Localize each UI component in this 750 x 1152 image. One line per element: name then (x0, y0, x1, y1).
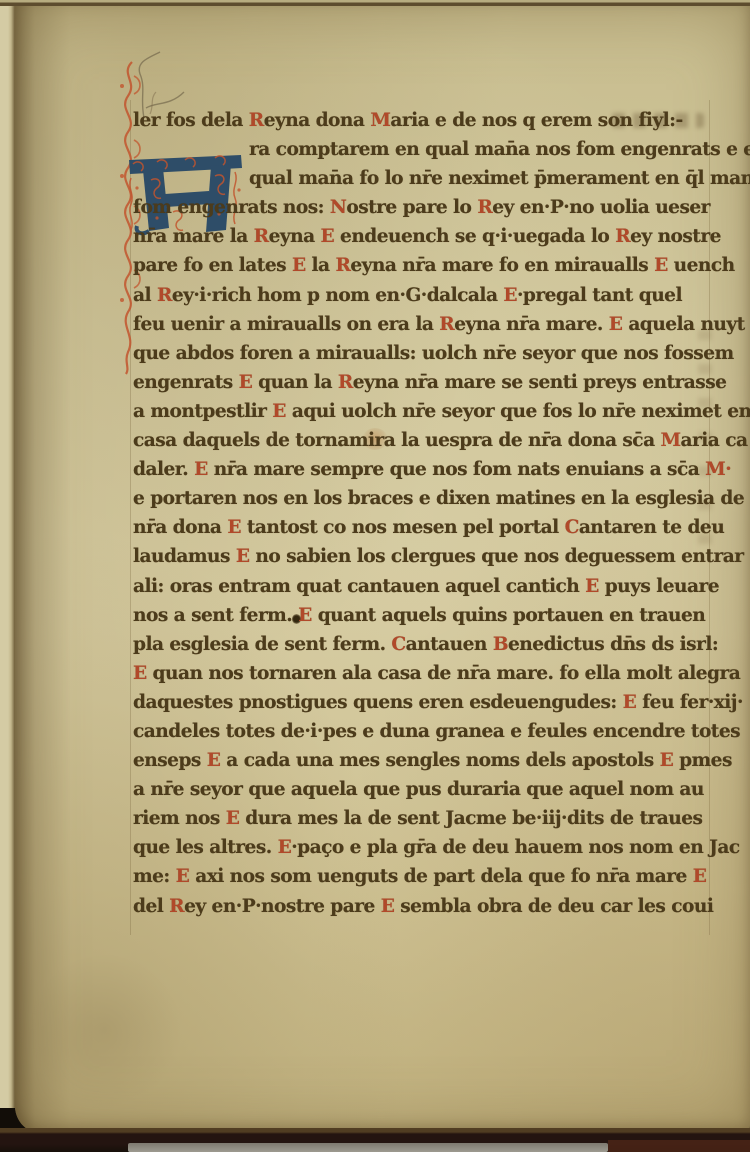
manuscript-line: me: E axi nos som uenguts de part dela q… (133, 862, 733, 891)
manuscript-line: nr̄a dona E tantost co nos mesen pel por… (133, 513, 733, 542)
manuscript-line: que abdos foren a miraualls: uolch nr̄e … (133, 339, 733, 368)
manuscript-line: daquestes pnostigues quens eren esdeueng… (133, 688, 733, 717)
manuscript-line: a nr̄e seyor que aquela que pus duraria … (133, 775, 733, 804)
bottom-maroon-edge (608, 1140, 750, 1152)
manuscript-line: daler. E nr̄a mare sempre que nos fom na… (133, 455, 733, 484)
bottom-strip (128, 1143, 608, 1152)
manuscript-line: pla esglesia de sent ferm. Cantauen Bene… (133, 630, 733, 659)
manuscript-line: nos a sent ferm. E quant aquels quins po… (133, 601, 733, 630)
manuscript-line: feu uenir a miraualls on era la Reyna nr… (133, 310, 733, 339)
manuscript-line: candeles totes de·i·pes e duna granea e … (133, 717, 733, 746)
text-block: ler fos dela Reyna dona Maria e de nos q… (133, 106, 733, 921)
manuscript-line: a montpestlir E aqui uolch nr̄e seyor qu… (133, 397, 733, 426)
manuscript-line: ali: oras entram quat cantauen aquel can… (133, 572, 733, 601)
manuscript-line: e portaren nos en los braces e dixen mat… (133, 484, 733, 513)
manuscript-line: engenrats E quan la Reyna nr̄a mare se s… (133, 368, 733, 397)
manuscript-photo: A ler fos dela Reyna dona Maria e de nos… (0, 0, 750, 1152)
manuscript-line: nr̄a mare la Reyna E endeuench se q·i·ue… (133, 222, 733, 251)
manuscript-line: que les altres. E·paço e pla gr̄a de deu… (133, 833, 733, 862)
manuscript-line: del Rey en·P·nostre pare E sembla obra d… (133, 892, 733, 921)
manuscript-line: fom engenrats nos: Nostre pare lo Rey en… (133, 193, 733, 222)
manuscript-line: laudamus E no sabien los clergues que no… (133, 542, 733, 571)
manuscript-line: qual man̄a fo lo nr̄e neximet p̄merament… (133, 164, 733, 193)
manuscript-line: al Rey·i·rich hom p nom en·G·dalcala E·p… (133, 281, 733, 310)
manuscript-line: E quan nos tornaren ala casa de nr̄a mar… (133, 659, 733, 688)
manuscript-line: riem nos E dura mes la de sent Jacme be·… (133, 804, 733, 833)
manuscript-line: casa daquels de tornamira la uespra de n… (133, 426, 733, 455)
manuscript-line: enseps E a cada una mes sengles noms del… (133, 746, 733, 775)
manuscript-line: pare fo en lates E la Reyna nr̄a mare fo… (133, 251, 733, 280)
manuscript-line: ler fos dela Reyna dona Maria e de nos q… (133, 106, 733, 135)
manuscript-line: ra comptarem en qual man̄a nos fom engen… (133, 135, 733, 164)
corner-stain (30, 950, 180, 1110)
